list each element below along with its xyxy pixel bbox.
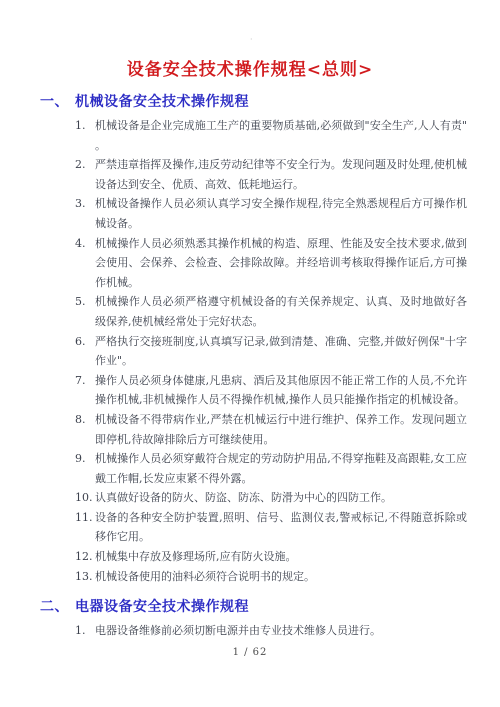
list-item-text: 机械设备不得带病作业,严禁在机械运行中进行维护、保养工作。发现问题立即停机,待故… [95, 410, 467, 449]
list-item-text: 机械设备操作人员必须认真学习安全操作规程,待完全熟悉规程后方可操作机械设备。 [95, 194, 467, 233]
list-item-number: 3. [75, 194, 95, 233]
list-item-number: 4. [75, 234, 95, 293]
list-item: 13. 机械设备使用的油料必须符合说明书的规定。 [75, 567, 467, 587]
list-item-number: 1. [75, 116, 95, 155]
list-item-number: 1. [75, 621, 95, 641]
list-item-number: 9. [75, 449, 95, 488]
list-item-number: 6. [75, 332, 95, 371]
sections-container: 一、机械设备安全技术操作规程 1. 机械设备是企业完成施工生产的重要物质基础,必… [0, 93, 500, 641]
list-item: 6. 严格执行交接班制度,认真填写记录,做到清楚、准确、完整,并做好例保"十字作… [75, 332, 467, 371]
list-item-number: 10. [75, 488, 95, 508]
list-item-text: 严格执行交接班制度,认真填写记录,做到清楚、准确、完整,并做好例保"十字作业"。 [95, 332, 467, 371]
list-item-number: 2. [75, 155, 95, 194]
section-2: 二、电器设备安全技术操作规程 1. 电器设备维修前必须切断电源并由专业技术维修人… [0, 598, 500, 641]
list-item-number: 8. [75, 410, 95, 449]
list-item-text: 机械设备是企业完成施工生产的重要物质基础,必须做到"安全生产,人人有责"。 [95, 116, 467, 155]
section-items: 1. 电器设备维修前必须切断电源并由专业技术维修人员进行。 [75, 621, 467, 641]
section-heading: 二、电器设备安全技术操作规程 [40, 598, 500, 616]
list-item-text: 认真做好设备的防火、防盗、防冻、防滑为中心的四防工作。 [95, 488, 467, 508]
section-heading-marker: 二、 [40, 599, 69, 615]
list-item-text: 机械操作人员必须熟悉其操作机械的构造、原理、性能及安全技术要求,做到会使用、会保… [95, 234, 467, 293]
document-page: · 设备安全技术操作规程<总则> 一、机械设备安全技术操作规程 1. 机械设备是… [0, 0, 500, 707]
page-number: 1 / 62 [0, 647, 500, 658]
section-items: 1. 机械设备是企业完成施工生产的重要物质基础,必须做到"安全生产,人人有责"。… [75, 116, 467, 586]
list-item-text: 机械操作人员必须严格遵守机械设备的有关保养规定、认真、及时地做好各级保养,使机械… [95, 292, 467, 331]
section-heading-text: 电器设备安全技术操作规程 [75, 599, 249, 615]
list-item: 10. 认真做好设备的防火、防盗、防冻、防滑为中心的四防工作。 [75, 488, 467, 508]
list-item-text: 机械操作人员必须穿戴符合规定的劳动防护用品,不得穿拖鞋及高跟鞋,女工应戴工作帽,… [95, 449, 467, 488]
list-item: 1. 机械设备是企业完成施工生产的重要物质基础,必须做到"安全生产,人人有责"。 [75, 116, 467, 155]
stray-mark: · [250, 36, 253, 44]
list-item-text: 严禁违章指挥及操作,违反劳动纪律等不安全行为。发现问题及时处理,使机械设备达到安… [95, 155, 467, 194]
section-1: 一、机械设备安全技术操作规程 1. 机械设备是企业完成施工生产的重要物质基础,必… [0, 93, 500, 586]
list-item: 7. 操作人员必须身体健康,凡患病、酒后及其他原因不能正常工作的人员,不允许操作… [75, 371, 467, 410]
list-item: 2. 严禁违章指挥及操作,违反劳动纪律等不安全行为。发现问题及时处理,使机械设备… [75, 155, 467, 194]
list-item-text: 机械集中存放及修理场所,应有防火设施。 [95, 547, 467, 567]
list-item-text: 电器设备维修前必须切断电源并由专业技术维修人员进行。 [95, 621, 467, 641]
list-item-number: 12. [75, 547, 95, 567]
list-item-number: 5. [75, 292, 95, 331]
list-item: 12. 机械集中存放及修理场所,应有防火设施。 [75, 547, 467, 567]
list-item-text: 机械设备使用的油料必须符合说明书的规定。 [95, 567, 467, 587]
list-item-text: 设备的各种安全防护装置,照明、信号、监测仪表,警戒标记,不得随意拆除或移作它用。 [95, 508, 467, 547]
list-item: 3. 机械设备操作人员必须认真学习安全操作规程,待完全熟悉规程后方可操作机械设备… [75, 194, 467, 233]
list-item: 9. 机械操作人员必须穿戴符合规定的劳动防护用品,不得穿拖鞋及高跟鞋,女工应戴工… [75, 449, 467, 488]
list-item: 1. 电器设备维修前必须切断电源并由专业技术维修人员进行。 [75, 621, 467, 641]
section-heading: 一、机械设备安全技术操作规程 [40, 93, 500, 111]
list-item: 11. 设备的各种安全防护装置,照明、信号、监测仪表,警戒标记,不得随意拆除或移… [75, 508, 467, 547]
list-item-number: 11. [75, 508, 95, 547]
section-heading-text: 机械设备安全技术操作规程 [75, 94, 249, 110]
list-item: 8. 机械设备不得带病作业,严禁在机械运行中进行维护、保养工作。发现问题立即停机… [75, 410, 467, 449]
list-item: 4. 机械操作人员必须熟悉其操作机械的构造、原理、性能及安全技术要求,做到会使用… [75, 234, 467, 293]
list-item: 5. 机械操作人员必须严格遵守机械设备的有关保养规定、认真、及时地做好各级保养,… [75, 292, 467, 331]
section-heading-marker: 一、 [40, 94, 69, 110]
list-item-number: 7. [75, 371, 95, 410]
list-item-text: 操作人员必须身体健康,凡患病、酒后及其他原因不能正常工作的人员,不允许操作机械,… [95, 371, 467, 410]
list-item-number: 13. [75, 567, 95, 587]
